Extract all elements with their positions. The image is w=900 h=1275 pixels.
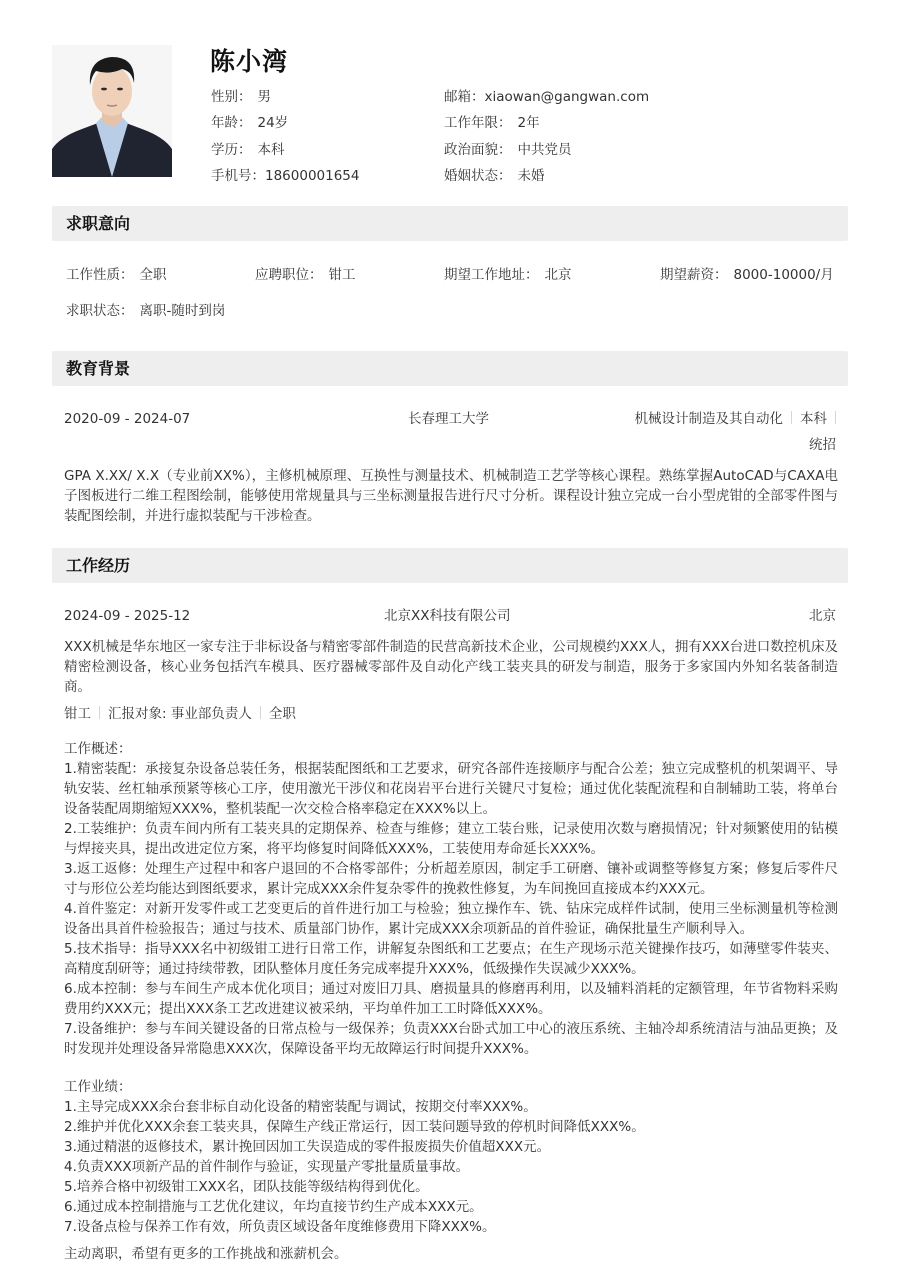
intent-label: 期望薪资： — [660, 267, 728, 283]
section-header-work: 工作经历 — [52, 548, 848, 583]
intent-salary: 期望薪资：8000-10000/月 — [660, 265, 834, 285]
education-type: 统招 — [809, 437, 836, 453]
work-achievements: 工作业绩： 1.主导完成XXX余台套非标自动化设备的精密装配与调试，按期交付率X… — [64, 1077, 838, 1237]
education-details: 机械设计制造及其自动化本科 统招 — [576, 406, 836, 458]
education-description: GPA X.XX/ X.X（专业前XX%），主修机械原理、互换性与测量技术、机械… — [64, 466, 838, 526]
overview-title: 工作概述： — [64, 739, 838, 759]
info-marital-status: 婚姻状态：未婚 — [444, 163, 649, 189]
intent-label: 工作性质： — [66, 267, 134, 283]
overview-item: 4.首件鉴定：对新开发零件或工艺变更后的首件进行加工与检验；独立操作车、铣、钻床… — [64, 899, 838, 939]
section-header-job-intent: 求职意向 — [52, 206, 848, 241]
achievement-item: 2.维护并优化XXX余套工装夹具，保障生产线正常运行，因工装问题导致的停机时间降… — [64, 1117, 838, 1137]
education-major: 机械设计制造及其自动化 — [635, 411, 784, 427]
overview-item: 6.成本控制：参与车间生产成本优化项目；通过对废旧刀具、磨损量具的修磨再利用，以… — [64, 979, 838, 1019]
section-title: 工作经历 — [66, 548, 130, 583]
intent-position: 应聘职位：钳工 — [255, 265, 356, 285]
achievement-item: 5.培养合格中初级钳工XXX名，团队技能等级结构得到优化。 — [64, 1177, 838, 1197]
info-value: 男 — [258, 89, 272, 105]
resume-header: 陈小湾 性别：男 年龄：24岁 学历：本科 手机号：18600001654 邮箱… — [52, 42, 852, 182]
info-value: 24岁 — [258, 115, 289, 131]
info-value: 18600001654 — [265, 168, 359, 184]
info-email: 邮箱：xiaowan@gangwan.com — [444, 84, 649, 110]
info-label: 年龄： — [211, 115, 252, 131]
info-label: 邮箱： — [444, 89, 485, 105]
divider — [99, 706, 100, 719]
info-work-years: 工作年限：2年 — [444, 110, 649, 136]
info-value: 2年 — [518, 115, 540, 131]
info-value: 中共党员 — [518, 142, 572, 158]
achievement-item: 3.通过精湛的返修技术，累计挽回因加工失误造成的零件报废损失价值超XXX元。 — [64, 1137, 838, 1157]
profile-photo — [52, 45, 172, 177]
intent-value: 8000-10000/月 — [734, 267, 834, 283]
work-tag-report-to: 汇报对象: 事业部负责人 — [108, 706, 252, 722]
education-period: 2020-09 - 2024-07 — [64, 409, 190, 429]
work-location: 北京 — [809, 606, 836, 626]
info-label: 性别： — [211, 89, 252, 105]
info-value: 本科 — [258, 142, 285, 158]
education-school: 长春理工大学 — [408, 409, 489, 429]
achievement-item: 6.通过成本控制措施与工艺优化建议，年均直接节约生产成本XXX元。 — [64, 1197, 838, 1217]
divider — [260, 706, 261, 719]
divider — [835, 411, 836, 424]
basic-info-left: 性别：男 年龄：24岁 学历：本科 手机号：18600001654 — [211, 84, 359, 189]
intent-value: 全职 — [140, 267, 167, 283]
section-title: 求职意向 — [66, 206, 130, 241]
info-age: 年龄：24岁 — [211, 110, 359, 136]
info-value: 未婚 — [518, 168, 545, 184]
intent-value: 钳工 — [329, 267, 356, 283]
achievements-title: 工作业绩： — [64, 1077, 838, 1097]
education-degree: 本科 — [800, 411, 827, 427]
section-header-education: 教育背景 — [52, 351, 848, 386]
work-entry-header: 2024-09 - 2025-12 北京XX科技有限公司 北京 — [64, 606, 836, 626]
intent-label: 应聘职位： — [255, 267, 323, 283]
info-value: xiaowan@gangwan.com — [485, 89, 650, 105]
info-phone: 手机号：18600001654 — [211, 163, 359, 189]
work-tag-role: 钳工 — [64, 706, 91, 722]
work-period: 2024-09 - 2025-12 — [64, 606, 190, 626]
intent-value: 北京 — [545, 267, 572, 283]
overview-item: 3.返工返修：处理生产过程中和客户退回的不合格零部件；分析超差原因，制定手工研磨… — [64, 859, 838, 899]
intent-work-type: 工作性质：全职 — [66, 265, 167, 285]
info-gender: 性别：男 — [211, 84, 359, 110]
section-title: 教育背景 — [66, 351, 130, 386]
intent-label: 期望工作地址： — [444, 267, 539, 283]
intent-value: 离职-随时到岗 — [140, 303, 226, 319]
candidate-name: 陈小湾 — [210, 42, 288, 78]
intent-status: 求职状态：离职-随时到岗 — [66, 301, 225, 321]
work-company: 北京XX科技有限公司 — [384, 606, 511, 626]
job-intent-row: 工作性质：全职 应聘职位：钳工 期望工作地址：北京 期望薪资：8000-1000… — [64, 265, 836, 285]
work-overview: 工作概述： 1.精密装配：承接复杂设备总装任务，根据装配图纸和工艺要求，研究各部… — [64, 739, 838, 1059]
work-tag-type: 全职 — [269, 706, 296, 722]
basic-info-right: 邮箱：xiaowan@gangwan.com 工作年限：2年 政治面貌：中共党员… — [444, 84, 649, 189]
intent-location: 期望工作地址：北京 — [444, 265, 572, 285]
overview-item: 1.精密装配：承接复杂设备总装任务，根据装配图纸和工艺要求，研究各部件连接顺序与… — [64, 759, 838, 819]
achievement-item: 7.设备点检与保养工作有效，所负责区域设备年度维修费用下降XXX%。 — [64, 1217, 838, 1237]
info-education: 学历：本科 — [211, 137, 359, 163]
info-label: 婚姻状态： — [444, 168, 512, 184]
info-label: 手机号： — [211, 168, 265, 184]
company-intro: XXX机械是华东地区一家专注于非标设备与精密零部件制造的民营高新技术企业，公司规… — [64, 637, 838, 697]
person-photo-icon — [52, 45, 172, 177]
overview-item: 7.设备维护：参与车间关键设备的日常点检与一级保养；负责XXX台卧式加工中心的液… — [64, 1019, 838, 1059]
info-political-status: 政治面貌：中共党员 — [444, 137, 649, 163]
divider — [791, 411, 792, 424]
job-status-row: 求职状态：离职-随时到岗 — [64, 301, 836, 321]
overview-item: 5.技术指导：指导XXX名中初级钳工进行日常工作，讲解复杂图纸和工艺要点；在生产… — [64, 939, 838, 979]
info-label: 工作年限： — [444, 115, 512, 131]
achievement-item: 4.负责XXX项新产品的首件制作与验证，实现量产零批量质量事故。 — [64, 1157, 838, 1177]
leave-reason: 主动离职，希望有更多的工作挑战和涨薪机会。 — [64, 1244, 838, 1264]
achievement-item: 1.主导完成XXX余台套非标自动化设备的精密装配与调试，按期交付率XXX%。 — [64, 1097, 838, 1117]
intent-label: 求职状态： — [66, 303, 134, 319]
overview-item: 2.工装维护：负责车间内所有工装夹具的定期保养、检查与维修；建立工装台账，记录使… — [64, 819, 838, 859]
info-label: 学历： — [211, 142, 252, 158]
work-tags: 钳工汇报对象: 事业部负责人全职 — [64, 704, 836, 724]
info-label: 政治面貌： — [444, 142, 512, 158]
education-entry: 2020-09 - 2024-07 长春理工大学 机械设计制造及其自动化本科 统… — [64, 406, 836, 458]
